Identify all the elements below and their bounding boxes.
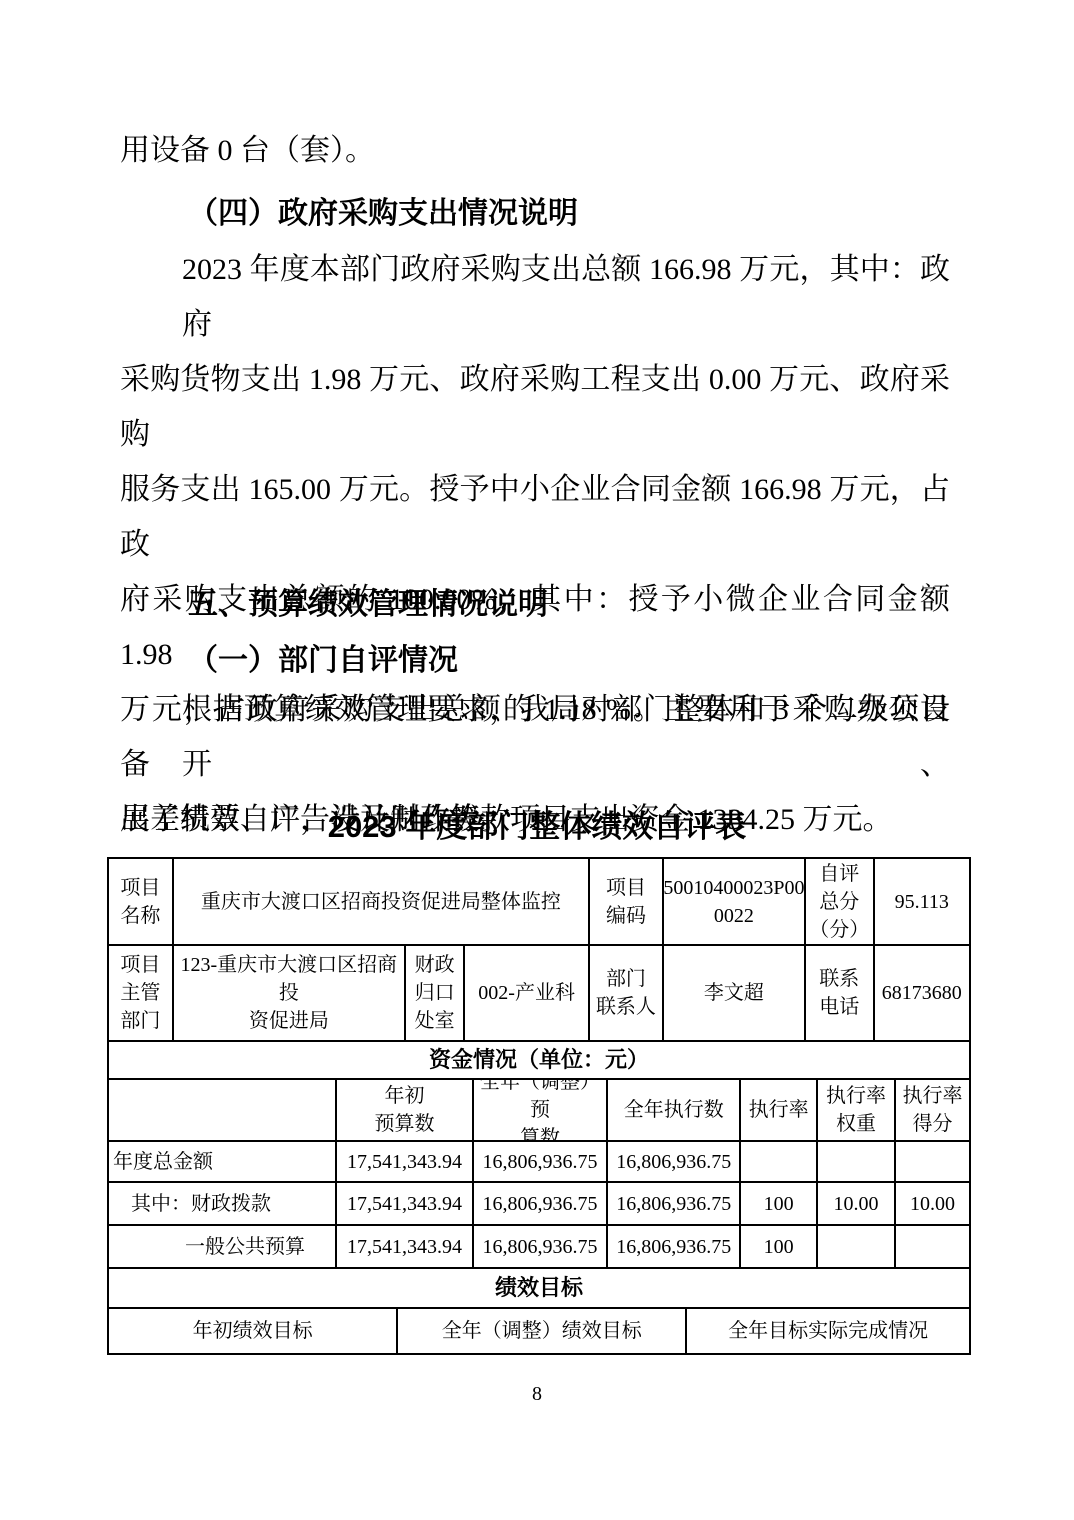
cell-rate-weight [816, 1226, 894, 1267]
cell-row-label: 年度总金额 [109, 1142, 335, 1181]
cell-header-rate-score: 执行率得分 [894, 1080, 969, 1140]
cell-self-score-label: 自评总分（分） [804, 859, 873, 944]
table-row-funds-header: 资金情况（单位：元） [109, 1040, 969, 1078]
cell-header-blank [109, 1080, 335, 1140]
cell-initial-budget: 17,541,343.94 [335, 1226, 472, 1267]
cell-adjusted-budget: 16,806,936.75 [472, 1226, 606, 1267]
cell-rate-score [894, 1226, 969, 1267]
cell-dept-label: 项目主管部门 [109, 946, 172, 1040]
cell-self-score-value: 95.113 [873, 859, 969, 944]
cell-row-label: 其中：财政拨款 [109, 1183, 335, 1224]
cell-phone-label: 联系电话 [804, 946, 873, 1040]
cell-executed: 16,806,936.75 [606, 1183, 739, 1224]
cell-rate-score: 10.00 [894, 1183, 969, 1224]
cell-adjusted-budget: 16,806,936.75 [472, 1183, 606, 1224]
table-row-general-public-budget: 一般公共预算 17,541,343.94 16,806,936.75 16,80… [109, 1224, 969, 1267]
cell-office-value: 002-产业科 [463, 946, 588, 1040]
cell-project-name-value: 重庆市大渡口区招商投资促进局整体监控 [172, 859, 588, 944]
table-row-department: 项目主管部门 123-重庆市大渡口区招商投资促进局 财政归口处室 002-产业科… [109, 944, 969, 1040]
cell-contact-label: 部门联系人 [588, 946, 662, 1040]
cell-phone-value: 68173680 [873, 946, 969, 1040]
cell-goal-header: 绩效目标 [109, 1269, 969, 1307]
cell-project-name-label: 项目名称 [109, 859, 172, 944]
cell-rate-weight: 10.00 [816, 1183, 894, 1224]
cell-header-adjusted-budget: 全年（调整）预算数 [472, 1080, 606, 1140]
intro-line: 用设备 0 台（套）。 [120, 123, 950, 178]
cell-project-code-label: 项目编码 [588, 859, 662, 944]
cell-header-exec-rate: 执行率 [739, 1080, 816, 1140]
cell-row-label: 一般公共预算 [109, 1226, 335, 1267]
table-title: 2023 年度部门整体绩效自评表 [0, 810, 1074, 844]
cell-office-label: 财政归口处室 [404, 946, 463, 1040]
table-row-goal-header: 绩效目标 [109, 1267, 969, 1307]
cell-rate-score [894, 1142, 969, 1181]
table-row-annual-total: 年度总金额 17,541,343.94 16,806,936.75 16,806… [109, 1140, 969, 1181]
table-row-goal-columns: 年初绩效目标 全年（调整）绩效目标 全年目标实际完成情况 [109, 1307, 969, 1353]
cell-exec-rate: 100 [739, 1183, 816, 1224]
cell-dept-value: 123-重庆市大渡口区招商投资促进局 [172, 946, 404, 1040]
table-row-column-headers: 年初预算数 全年（调整）预算数 全年执行数 执行率 执行率权重 执行率得分 [109, 1078, 969, 1140]
heading-section-five: 五、预算绩效管理情况说明 [188, 588, 548, 621]
cell-exec-rate: 100 [739, 1226, 816, 1267]
cell-header-rate-weight: 执行率权重 [816, 1080, 894, 1140]
cell-goal-adjusted: 全年（调整）绩效目标 [396, 1309, 685, 1353]
cell-adjusted-budget: 16,806,936.75 [472, 1142, 606, 1181]
table-row-fiscal-allocation: 其中：财政拨款 17,541,343.94 16,806,936.75 16,8… [109, 1181, 969, 1224]
heading-self-evaluation: （一）部门自评情况 [188, 644, 458, 677]
document-page: { "page": { "number": "8" }, "content": … [0, 0, 1074, 1520]
cell-project-code-value: 50010400023P000022 [662, 859, 804, 944]
cell-funds-header: 资金情况（单位：元） [109, 1042, 969, 1078]
heading-section-four: （四）政府采购支出情况说明 [188, 197, 578, 230]
cell-contact-value: 李文超 [662, 946, 804, 1040]
cell-initial-budget: 17,541,343.94 [335, 1183, 472, 1224]
cell-executed: 16,806,936.75 [606, 1142, 739, 1181]
table-row-project: 项目名称 重庆市大渡口区招商投资促进局整体监控 项目编码 50010400023… [109, 859, 969, 944]
cell-goal-initial: 年初绩效目标 [109, 1309, 396, 1353]
cell-header-initial-budget: 年初预算数 [335, 1080, 472, 1140]
cell-rate-weight [816, 1142, 894, 1181]
page-number: 8 [0, 1382, 1074, 1406]
cell-executed: 16,806,936.75 [606, 1226, 739, 1267]
cell-goal-actual: 全年目标实际完成情况 [685, 1309, 969, 1353]
cell-exec-rate [739, 1142, 816, 1181]
performance-table: 项目名称 重庆市大渡口区招商投资促进局整体监控 项目编码 50010400023… [107, 857, 971, 1355]
cell-header-executed: 全年执行数 [606, 1080, 739, 1140]
cell-initial-budget: 17,541,343.94 [335, 1142, 472, 1181]
